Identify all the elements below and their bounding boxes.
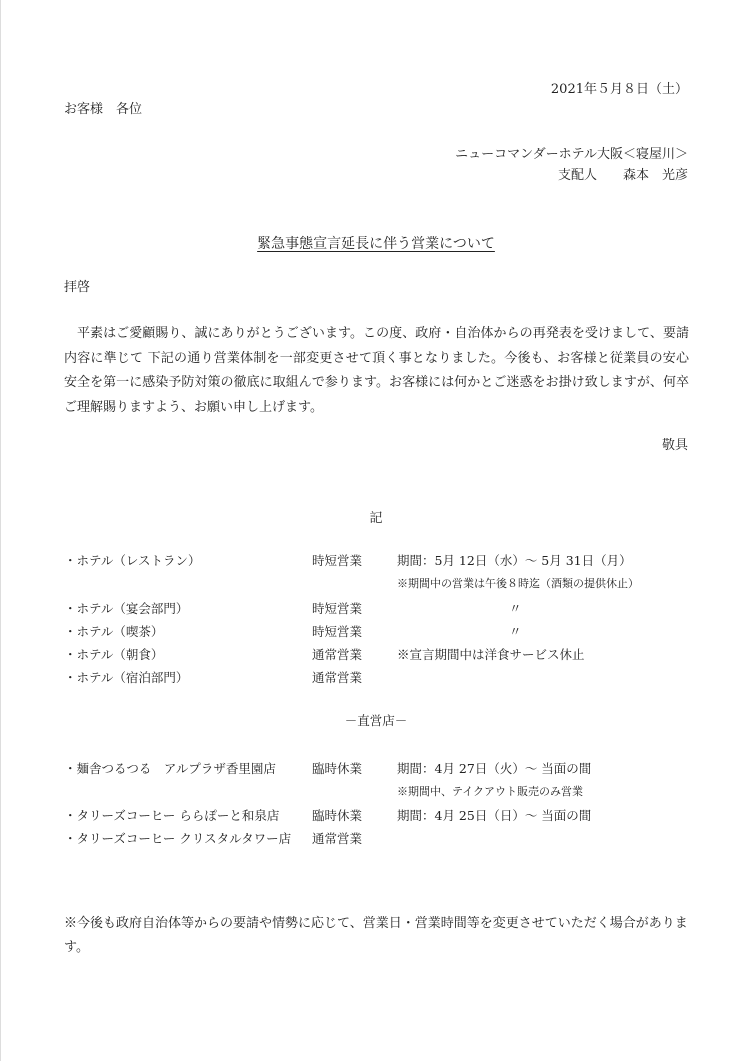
store-row: ・麺舎つるつる アルプラザ香里園店 臨時休業 期間：4月 27日（火）～ 当面の…	[64, 759, 704, 781]
row-status: 時短営業	[312, 599, 362, 617]
title-text: 緊急事態宣言延長に伴う営業について	[257, 236, 495, 252]
document-title: 緊急事態宣言延長に伴う営業について	[1, 233, 750, 253]
row-name: ・ホテル（レストラン）	[64, 551, 201, 569]
document-page: 2021年５月８日（土） お客様 各位 ニューコマンダーホテル大阪＜寝屋川＞ 支…	[0, 0, 750, 1061]
row-status: 臨時休業	[312, 806, 362, 824]
sender-organization: ニューコマンダーホテル大阪＜寝屋川＞	[455, 143, 688, 162]
addressee: お客様 各位	[64, 98, 142, 117]
row-status: 通常営業	[312, 829, 362, 847]
row-detail: 〃	[509, 599, 522, 617]
row-detail: 期間：4月 27日（火）～ 当面の間	[397, 759, 591, 777]
row-note: ※期間中の営業は午後８時迄（酒類の提供休止）	[397, 575, 639, 591]
document-date: 2021年５月８日（土）	[551, 78, 688, 97]
row-status: 時短営業	[312, 551, 362, 569]
store-row: ・タリーズコーヒー クリスタルタワー店 通常営業	[64, 829, 704, 851]
closing-salutation: 敬具	[662, 434, 688, 453]
hotel-row-note: ※期間中の営業は午後８時迄（酒類の提供休止）	[64, 575, 704, 597]
row-status: 通常営業	[312, 645, 362, 663]
row-name: ・ホテル（喫茶）	[64, 622, 163, 640]
hotel-row: ・ホテル（レストラン） 時短営業 期間：5月 12日（水）～ 5月 31日（月）	[64, 551, 704, 573]
row-status: 時短営業	[312, 622, 362, 640]
row-detail: 期間：4月 25日（日）～ 当面の間	[397, 806, 591, 824]
sender-name: 支配人 森本 光彦	[558, 164, 688, 183]
opening-salutation: 拝啓	[64, 276, 90, 295]
row-name: ・タリーズコーヒー クリスタルタワー店	[64, 829, 291, 847]
row-name: ・ホテル（宴会部門）	[64, 599, 188, 617]
hotel-row: ・ホテル（喫茶） 時短営業 〃	[64, 622, 704, 644]
store-row: ・タリーズコーヒー ららぽーと和泉店 臨時休業 期間：4月 25日（日）～ 当面…	[64, 806, 704, 828]
body-paragraph: 平素はご愛顧賜り、誠にありがとうございます。この度、政府・自治体からの再発表を受…	[64, 322, 689, 420]
row-note: ※期間中、テイクアウト販売のみ営業	[397, 783, 583, 799]
row-name: ・タリーズコーヒー ららぽーと和泉店	[64, 806, 279, 824]
row-status: 通常営業	[312, 668, 362, 686]
row-detail: ※宣言期間中は洋食サービス休止	[397, 645, 585, 663]
hotel-row: ・ホテル（朝食） 通常営業 ※宣言期間中は洋食サービス休止	[64, 645, 704, 667]
row-name: ・麺舎つるつる アルプラザ香里園店	[64, 759, 276, 777]
section-title: －直営店－	[1, 711, 750, 729]
row-name: ・ホテル（宿泊部門）	[64, 668, 188, 686]
hotel-row: ・ホテル（宿泊部門） 通常営業	[64, 668, 704, 690]
store-row-note: ※期間中、テイクアウト販売のみ営業	[64, 783, 704, 805]
row-detail: 〃	[509, 622, 522, 640]
hotel-row: ・ホテル（宴会部門） 時短営業 〃	[64, 599, 704, 621]
row-detail: 期間：5月 12日（水）～ 5月 31日（月）	[397, 551, 632, 569]
footer-note: ※今後も政府自治体等からの要請や情勢に応じて、営業日・営業時間等を変更させていた…	[64, 912, 694, 960]
row-status: 臨時休業	[312, 759, 362, 777]
ki-heading: 記	[1, 507, 750, 526]
row-name: ・ホテル（朝食）	[64, 645, 163, 663]
